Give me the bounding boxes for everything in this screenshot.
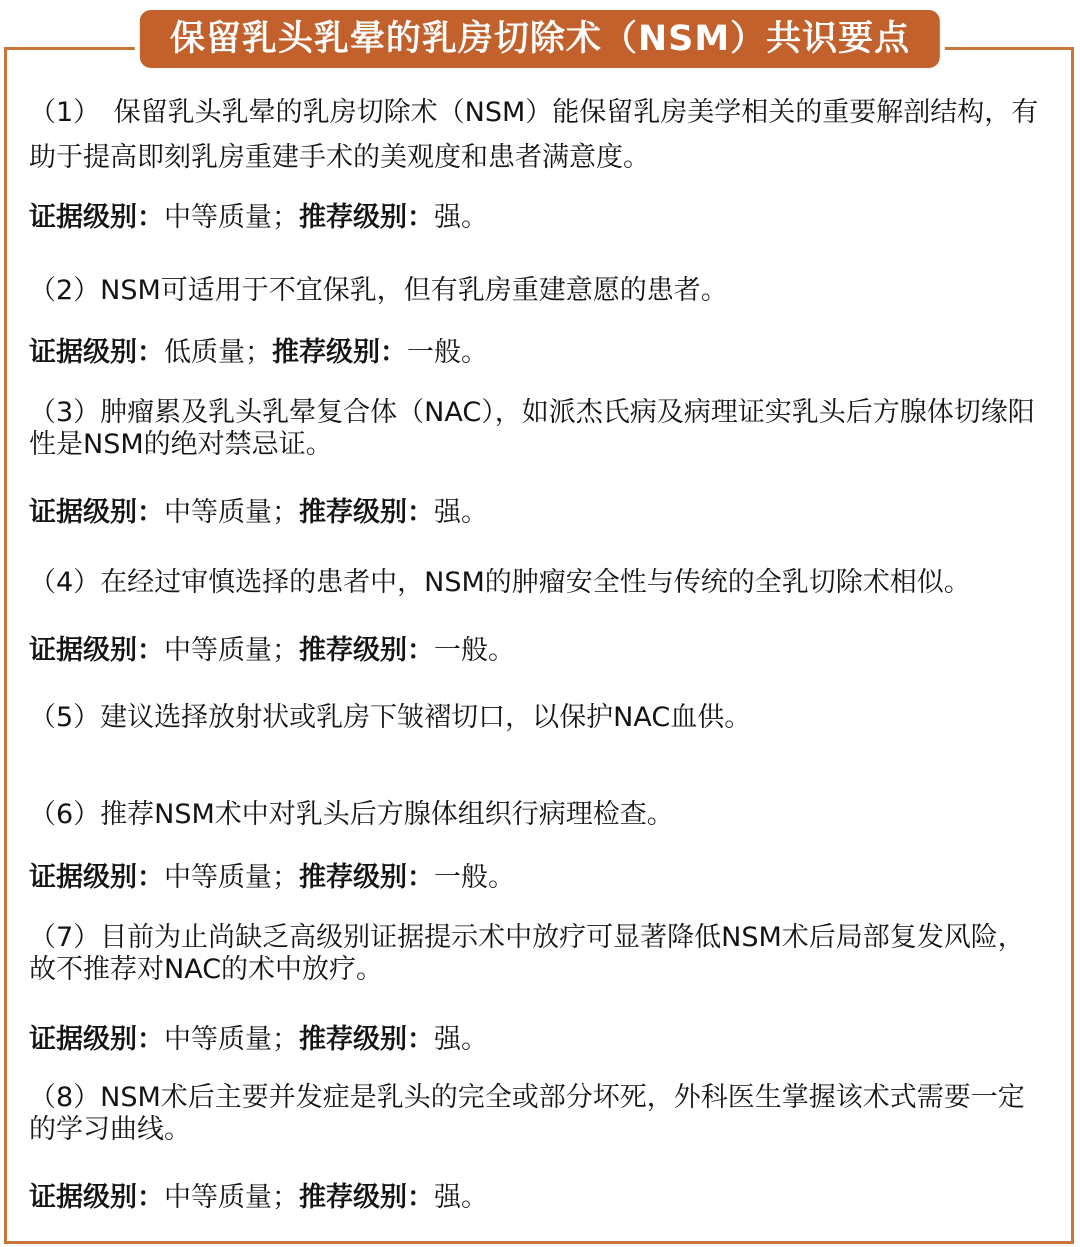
evidence-value: 低质量； xyxy=(164,337,272,368)
evidence-label: 证据级别： xyxy=(29,1182,164,1213)
recommendation-label: 推荐级别： xyxy=(299,202,434,233)
grade-line-4: 证据级别：中等质量；推荐级别：一般。 xyxy=(29,635,1049,667)
evidence-value: 中等质量； xyxy=(164,862,299,893)
page-title: 保留乳头乳晕的乳房切除术（NSM）共识要点 xyxy=(170,19,910,59)
consensus-point-1: （1） 保留乳头乳晕的乳房切除术（NSM）能保留乳房美学相关的重要解剖结构，有助… xyxy=(29,90,1049,180)
consensus-point-6: （6）推荐NSM术中对乳头后方腺体组织行病理检查。 xyxy=(29,799,1049,831)
evidence-label: 证据级别： xyxy=(29,202,164,233)
evidence-value: 中等质量； xyxy=(164,635,299,666)
recommendation-label: 推荐级别： xyxy=(299,862,434,893)
recommendation-label: 推荐级别： xyxy=(299,1182,434,1213)
recommendation-label: 推荐级别： xyxy=(272,337,407,368)
recommendation-value: 一般。 xyxy=(434,862,515,893)
recommendation-value: 强。 xyxy=(434,497,488,528)
recommendation-label: 推荐级别： xyxy=(299,635,434,666)
recommendation-value: 强。 xyxy=(434,202,488,233)
evidence-label: 证据级别： xyxy=(29,337,164,368)
evidence-value: 中等质量； xyxy=(164,1024,299,1055)
grade-line-1: 证据级别：中等质量；推荐级别：强。 xyxy=(29,202,1049,234)
title-banner: 保留乳头乳晕的乳房切除术（NSM）共识要点 xyxy=(135,5,945,73)
grade-line-8: 证据级别：中等质量；推荐级别：强。 xyxy=(29,1182,1049,1214)
evidence-value: 中等质量； xyxy=(164,497,299,528)
recommendation-label: 推荐级别： xyxy=(299,497,434,528)
consensus-point-5: （5）建议选择放射状或乳房下皱褶切口，以保护NAC血供。 xyxy=(29,702,1049,734)
grade-line-7: 证据级别：中等质量；推荐级别：强。 xyxy=(29,1024,1049,1056)
consensus-box: （1） 保留乳头乳晕的乳房切除术（NSM）能保留乳房美学相关的重要解剖结构，有助… xyxy=(4,47,1074,1244)
recommendation-value: 一般。 xyxy=(434,635,515,666)
evidence-label: 证据级别： xyxy=(29,1024,164,1055)
page: 保留乳头乳晕的乳房切除术（NSM）共识要点 （1） 保留乳头乳晕的乳房切除术（N… xyxy=(0,0,1080,1247)
consensus-point-2: （2）NSM可适用于不宜保乳，但有乳房重建意愿的患者。 xyxy=(29,275,1049,307)
evidence-label: 证据级别： xyxy=(29,862,164,893)
recommendation-value: 强。 xyxy=(434,1024,488,1055)
grade-line-3: 证据级别：中等质量；推荐级别：强。 xyxy=(29,497,1049,529)
recommendation-label: 推荐级别： xyxy=(299,1024,434,1055)
evidence-label: 证据级别： xyxy=(29,635,164,666)
consensus-point-8: （8）NSM术后主要并发症是乳头的完全或部分坏死，外科医生掌握该术式需要一定的学… xyxy=(29,1082,1049,1146)
consensus-point-3: （3）肿瘤累及乳头乳晕复合体（NAC），如派杰氏病及病理证实乳头后方腺体切缘阳性… xyxy=(29,397,1049,461)
consensus-point-4: （4）在经过审慎选择的患者中，NSM的肿瘤安全性与传统的全乳切除术相似。 xyxy=(29,567,1049,599)
consensus-point-7: （7）目前为止尚缺乏高级别证据提示术中放疗可显著降低NSM术后局部复发风险，故不… xyxy=(29,922,1049,986)
recommendation-value: 强。 xyxy=(434,1182,488,1213)
evidence-value: 中等质量； xyxy=(164,1182,299,1213)
evidence-label: 证据级别： xyxy=(29,497,164,528)
recommendation-value: 一般。 xyxy=(407,337,488,368)
grade-line-2: 证据级别：低质量；推荐级别：一般。 xyxy=(29,337,1049,369)
evidence-value: 中等质量； xyxy=(164,202,299,233)
grade-line-6: 证据级别：中等质量；推荐级别：一般。 xyxy=(29,862,1049,894)
